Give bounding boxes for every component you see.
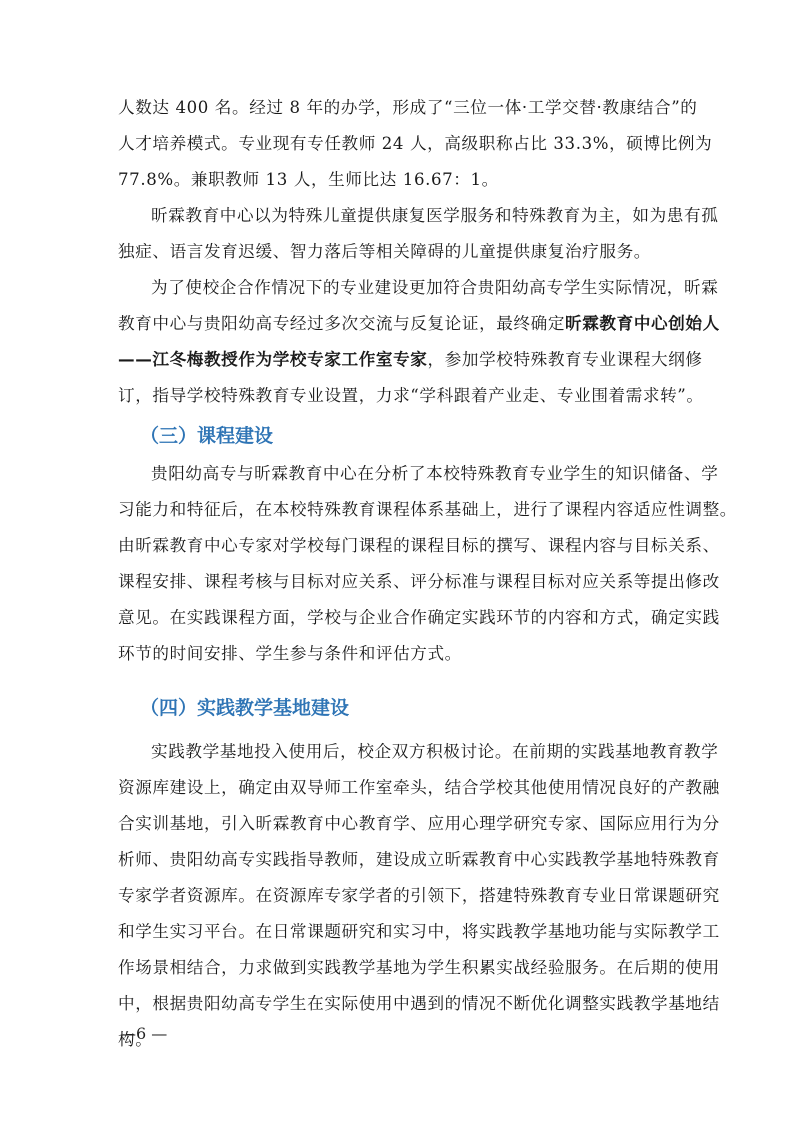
text-segment: 教育中心与贵阳幼高专经过多次交流与反复论证，最终确定 <box>118 314 565 333</box>
text-line: 析师、贵阳幼高专实践指导教师，建设成立昕霖教育中心实践教学基地特殊教育 <box>118 842 680 878</box>
text-line: 实践教学基地投入使用后，校企双方积极讨论。在前期的实践基地教育教学 <box>118 734 680 770</box>
text-line: 77.8%。兼职教师 13 人，生师比达 16.67：1。 <box>118 162 680 198</box>
text-line: 合实训基地，引入昕霖教育中心教育学、应用心理学研究专家、国际应用行为分 <box>118 806 680 842</box>
text-line: 人数达 400 名。经过 8 年的办学，形成了“三位一体·工学交替·教康结合”的 <box>118 90 680 126</box>
text-line: 订，指导学校特殊教育专业设置，力求“学科跟着产业走、专业围着需求转”。 <box>118 378 680 414</box>
paragraph-cooperation: 为了使校企合作情况下的专业建设更加符合贵阳幼高专学生实际情况，昕霖 教育中心与贵… <box>118 270 680 414</box>
section-heading-curriculum: （三）课程建设 <box>118 416 680 456</box>
text-line: 为了使校企合作情况下的专业建设更加符合贵阳幼高专学生实际情况，昕霖 <box>118 270 680 306</box>
bold-text-expert: ——江冬梅教授作为学校专家工作室专家 <box>118 350 428 369</box>
text-line: 昕霖教育中心以为特殊儿童提供康复医学服务和特殊教育为主，如为患有孤 <box>118 198 680 234</box>
document-page: 人数达 400 名。经过 8 年的办学，形成了“三位一体·工学交替·教康结合”的… <box>118 90 680 1058</box>
text-segment: ，参加学校特殊教育专业课程大纲修 <box>428 350 703 369</box>
text-line: 人才培养模式。专业现有专任教师 24 人，高级职称占比 33.3%，硕博比例为 <box>118 126 680 162</box>
page-number: —6 — <box>120 1024 167 1043</box>
text-line: 独症、语言发育迟缓、智力落后等相关障碍的儿童提供康复治疗服务。 <box>118 234 680 270</box>
text-line: 中，根据贵阳幼高专学生在实际使用中遇到的情况不断优化调整实践教学基地结 <box>118 986 680 1022</box>
text-line: 环节的时间安排、学生参与条件和评估方式。 <box>118 636 680 672</box>
text-line: 构。 <box>118 1022 680 1058</box>
text-line: 教育中心与贵阳幼高专经过多次交流与反复论证，最终确定昕霖教育中心创始人 <box>118 306 680 342</box>
paragraph-curriculum: 贵阳幼高专与昕霖教育中心在分析了本校特殊教育专业学生的知识储备、学 习能力和特征… <box>118 456 680 672</box>
paragraph-enrollment: 人数达 400 名。经过 8 年的办学，形成了“三位一体·工学交替·教康结合”的… <box>118 90 680 198</box>
text-line: 贵阳幼高专与昕霖教育中心在分析了本校特殊教育专业学生的知识储备、学 <box>118 456 680 492</box>
section-heading-practice-base: （四）实践教学基地建设 <box>118 688 680 728</box>
text-line: 由昕霖教育中心专家对学校每门课程的课程目标的撰写、课程内容与目标关系、 <box>118 528 680 564</box>
text-line: 资源库建设上，确定由双导师工作室牵头，结合学校其他使用情况良好的产教融 <box>118 770 680 806</box>
text-line: ——江冬梅教授作为学校专家工作室专家，参加学校特殊教育专业课程大纲修 <box>118 342 680 378</box>
text-line: 专家学者资源库。在资源库专家学者的引领下，搭建特殊教育专业日常课题研究 <box>118 878 680 914</box>
text-line: 习能力和特征后，在本校特殊教育课程体系基础上，进行了课程内容适应性调整。 <box>118 492 680 528</box>
text-line: 作场景相结合，力求做到实践教学基地为学生积累实战经验服务。在后期的使用 <box>118 950 680 986</box>
paragraph-practice-base: 实践教学基地投入使用后，校企双方积极讨论。在前期的实践基地教育教学 资源库建设上… <box>118 734 680 1058</box>
text-line: 意见。在实践课程方面，学校与企业合作确定实践环节的内容和方式，确定实践 <box>118 600 680 636</box>
text-line: 课程安排、课程考核与目标对应关系、评分标准与课程目标对应关系等提出修改 <box>118 564 680 600</box>
bold-text-founder: 昕霖教育中心创始人 <box>565 314 720 333</box>
paragraph-center-intro: 昕霖教育中心以为特殊儿童提供康复医学服务和特殊教育为主，如为患有孤 独症、语言发… <box>118 198 680 270</box>
text-line: 和学生实习平台。在日常课题研究和实习中，将实践教学基地功能与实际教学工 <box>118 914 680 950</box>
